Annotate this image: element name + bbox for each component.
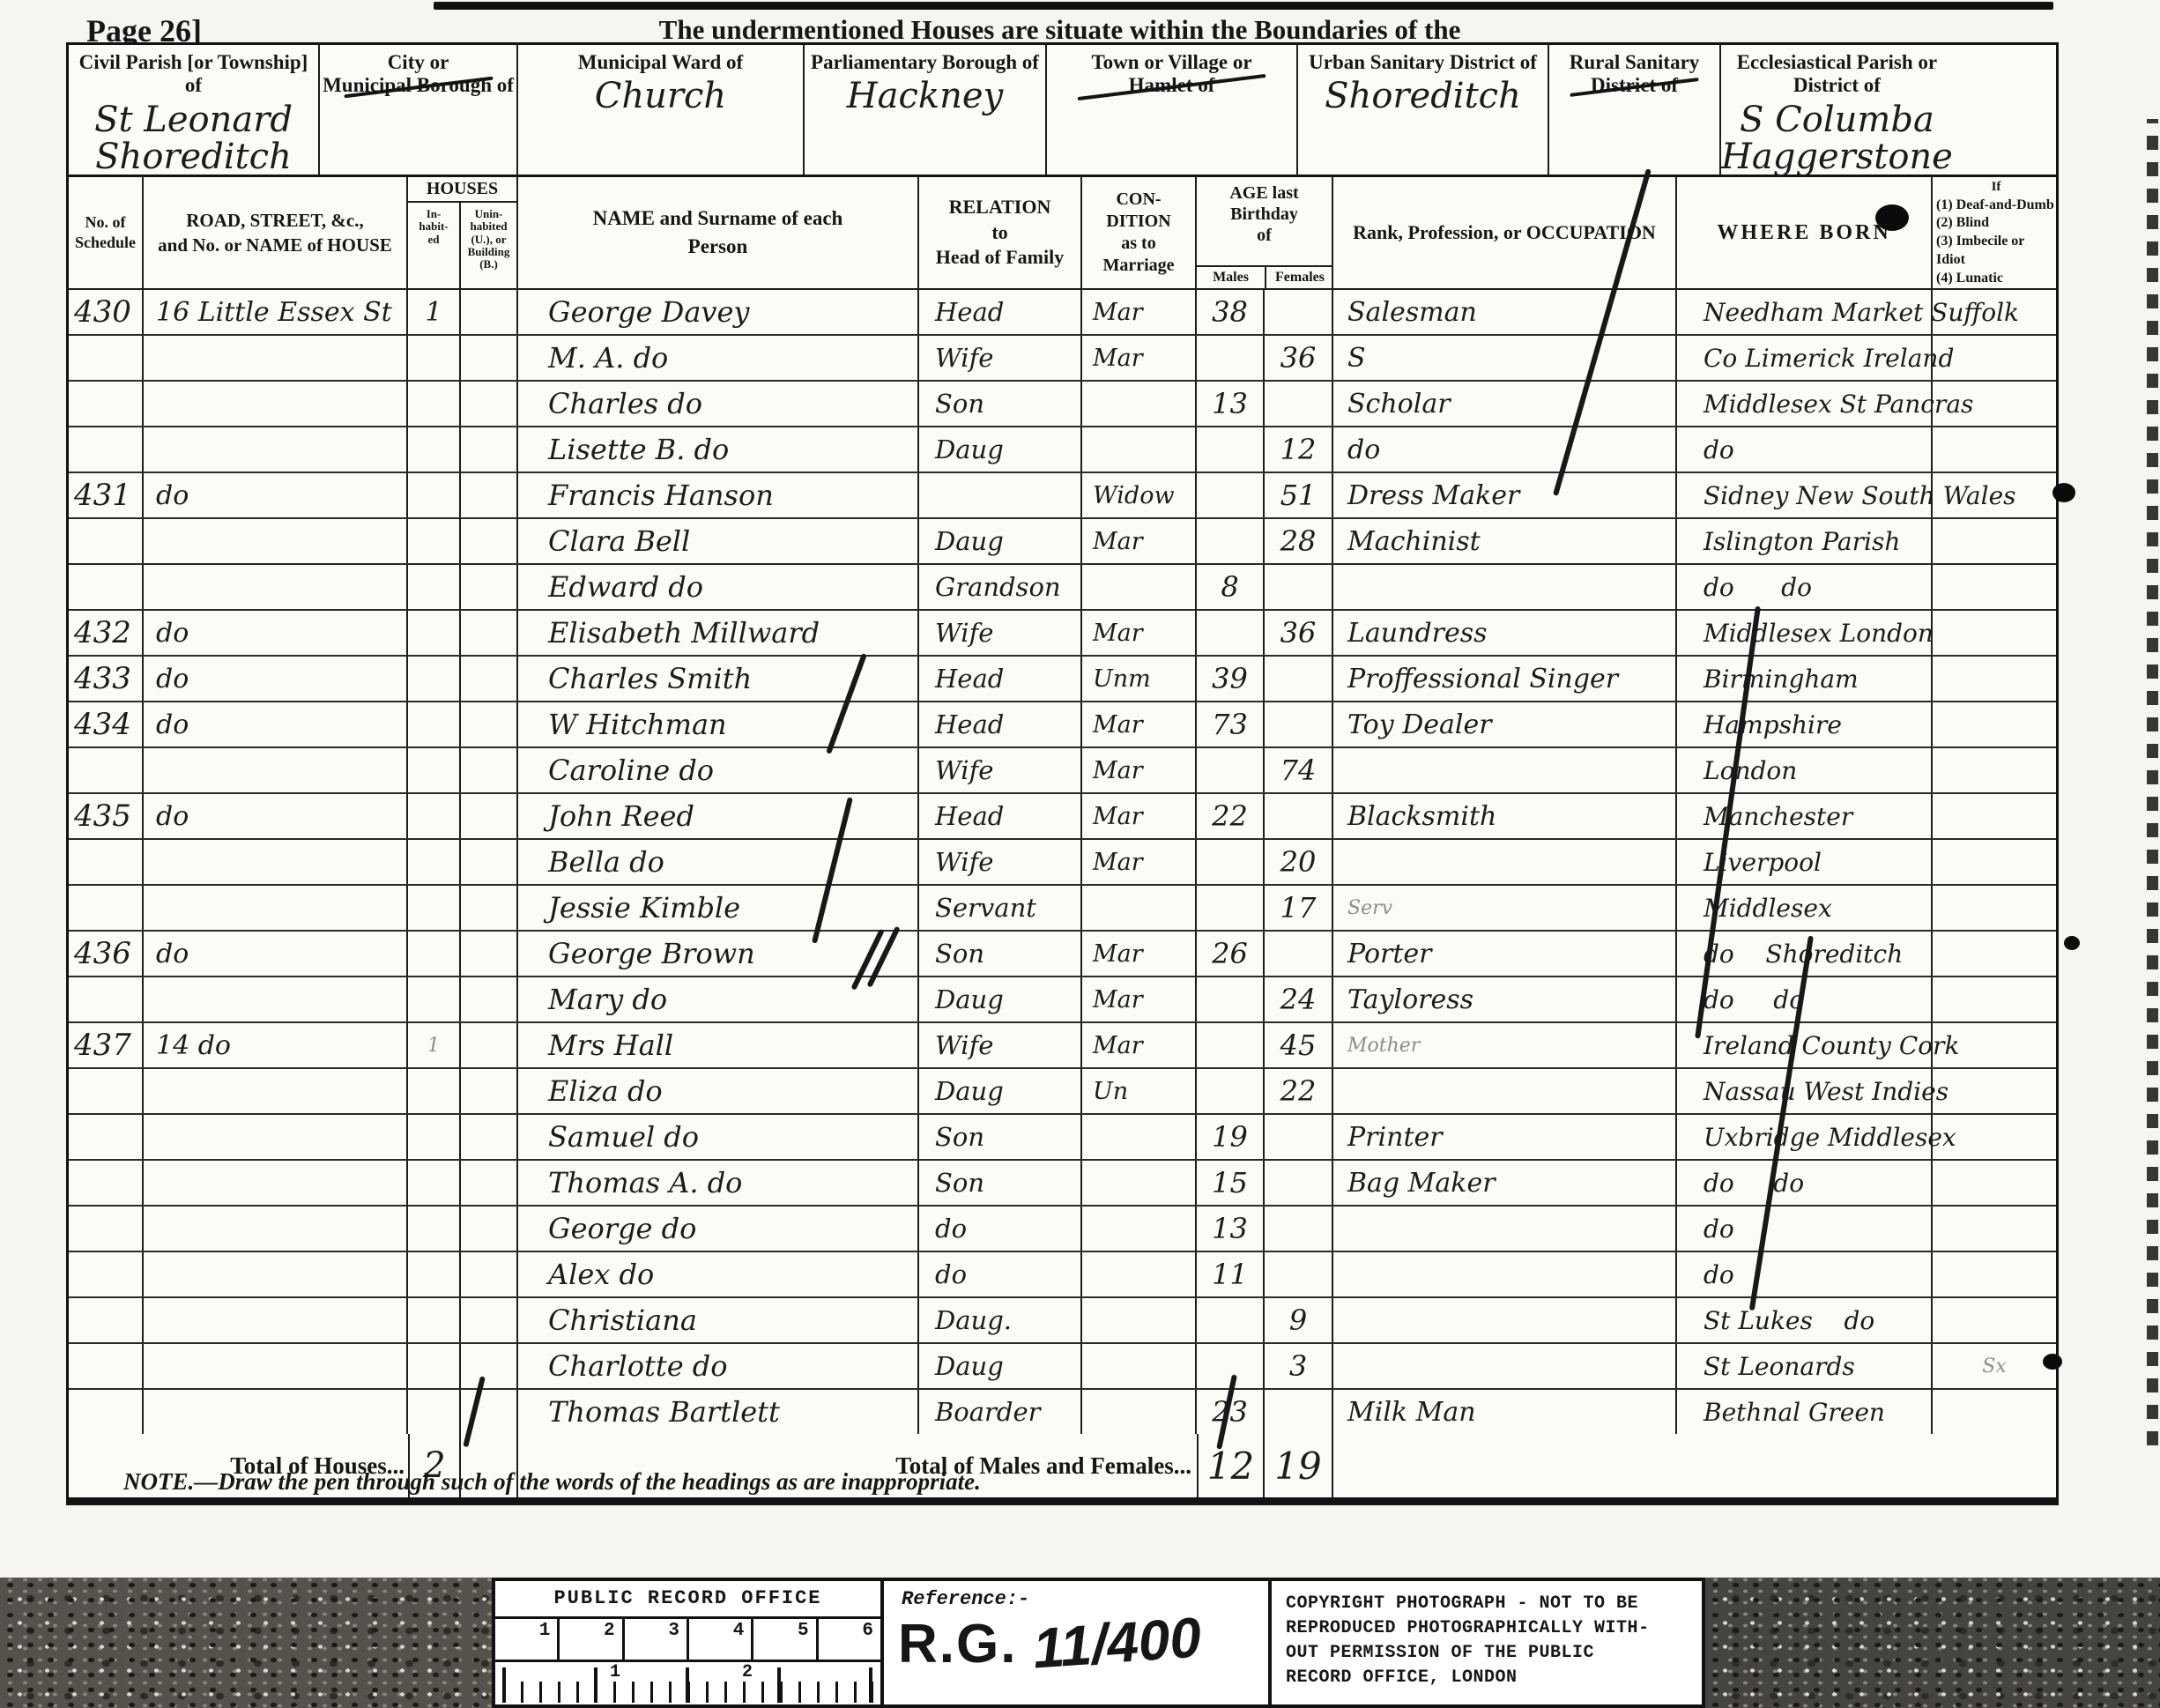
cell-uninhabited	[461, 1161, 518, 1205]
cell-relation: Wife	[919, 1023, 1082, 1067]
cell-road	[144, 1344, 408, 1388]
cell-infirmities	[1933, 519, 2056, 563]
cell-condition: Mar	[1082, 794, 1197, 838]
cell-schedule: 437	[69, 1023, 144, 1067]
cell-name: George Davey	[518, 290, 919, 334]
district-label: Parliamentary Borough of	[805, 51, 1045, 74]
cell-relation: Wife	[919, 336, 1082, 380]
cell-infirmities	[1933, 336, 2056, 380]
cell-road	[144, 336, 408, 380]
cell-condition	[1082, 1115, 1197, 1159]
cell-age-female: 3	[1265, 1344, 1333, 1388]
cell-uninhabited	[461, 886, 518, 930]
cell-age-male: 13	[1197, 1207, 1265, 1251]
cell-infirmities	[1933, 1390, 2056, 1434]
cell-condition: Mar	[1082, 1023, 1197, 1067]
reference-value: R.G. 11/400	[884, 1610, 1268, 1675]
cell-road: 14 do	[144, 1023, 408, 1067]
cell-age-female	[1265, 1390, 1333, 1434]
cell-age-female	[1265, 657, 1333, 701]
cell-age-female	[1265, 932, 1333, 976]
cell-condition: Mar	[1082, 519, 1197, 563]
cell-uninhabited	[461, 977, 518, 1021]
cell-infirmities	[1933, 1069, 2056, 1113]
cell-condition: Mar	[1082, 840, 1197, 884]
col-label: (1) Deaf-and-Dumb	[1936, 197, 2056, 215]
cell-condition: Mar	[1082, 336, 1197, 380]
reference-box: Reference:- R.G. 11/400	[884, 1578, 1272, 1708]
cell-relation: Boarder	[919, 1390, 1082, 1434]
copyright-line: RECORD OFFICE, LONDON	[1286, 1666, 1702, 1690]
table-row: Eliza do Daug Un 22 Nassau West Indies	[69, 1069, 2056, 1115]
cell-relation: Son	[919, 382, 1082, 426]
cell-road: 16 Little Essex St	[144, 290, 408, 334]
col-label: Birthday	[1197, 204, 1332, 225]
ink-blob	[2052, 483, 2075, 502]
cell-infirmities	[1933, 1023, 2056, 1067]
reference-prefix: R.G.	[898, 1614, 1017, 1675]
cell-road: do	[144, 932, 408, 976]
census-page-scan: Page 26] The undermentioned Houses are s…	[0, 0, 2160, 1708]
table-row: Jessie Kimble Servant 17 Serv Middlesex	[69, 886, 2056, 932]
cell-road: do	[144, 611, 408, 655]
cell-occupation: Tayloress	[1333, 977, 1677, 1021]
col-label: No. of	[69, 212, 142, 233]
district-value-handwritten: S Columba Haggerstone	[1721, 101, 1953, 175]
col-label: AGE last Birthday of	[1197, 177, 1332, 265]
cell-uninhabited	[461, 1207, 518, 1251]
cell-age-female: 36	[1265, 611, 1333, 655]
cell-schedule	[69, 336, 144, 380]
col-label: DITION	[1082, 211, 1195, 233]
district-cell: Civil Parish [or Township] of St Leonard…	[69, 45, 320, 175]
cell-age-male	[1197, 748, 1265, 792]
cell-condition: Mar	[1082, 932, 1197, 976]
cell-name: Caroline do	[518, 748, 919, 792]
cell-name: Thomas Bartlett	[518, 1390, 919, 1434]
cell-where-born: Needham Market Suffolk	[1677, 290, 1933, 334]
district-cell: City or Municipal Borough of	[320, 45, 518, 175]
cell-schedule	[69, 519, 144, 563]
cell-uninhabited	[461, 473, 518, 517]
cell-relation: Head	[919, 657, 1082, 701]
cell-inhabited: 1	[408, 290, 461, 334]
district-label: Rural Sanitary District of	[1549, 51, 1719, 98]
table-row: Thomas Bartlett Boarder 23 Milk Man Beth…	[69, 1390, 2056, 1434]
ruler-centimetres: 1 2	[495, 1662, 880, 1707]
col-label: as to	[1082, 233, 1195, 255]
cell-age-male: 8	[1197, 565, 1265, 609]
cell-age-male	[1197, 427, 1265, 472]
cell-where-born: Birmingham	[1677, 657, 1933, 701]
cell-schedule: 436	[69, 932, 144, 976]
district-cell: Rural Sanitary District of	[1549, 45, 1721, 175]
cell-inhabited	[408, 702, 461, 746]
cell-relation: do	[919, 1207, 1082, 1251]
cell-road	[144, 519, 408, 563]
cell-occupation: Porter	[1333, 932, 1677, 976]
cell-occupation: Machinist	[1333, 519, 1677, 563]
cell-age-female: 9	[1265, 1298, 1333, 1342]
cell-condition: Mar	[1082, 611, 1197, 655]
cell-inhabited	[408, 519, 461, 563]
district-cell: Ecclesiastical Parish or District of S C…	[1721, 45, 1953, 175]
cell-condition: Un	[1082, 1069, 1197, 1113]
cell-name: Jessie Kimble	[518, 886, 919, 930]
cell-inhabited	[408, 932, 461, 976]
cell-relation: Daug	[919, 1344, 1082, 1388]
cell-infirmities	[1933, 886, 2056, 930]
cell-name: Lisette B. do	[518, 427, 919, 472]
cell-name: Francis Hanson	[518, 473, 919, 517]
cell-age-female	[1265, 702, 1333, 746]
table-row: Mary do Daug Mar 24 Tayloress do do	[69, 977, 2056, 1023]
col-females-header: Females	[1266, 267, 1333, 288]
cell-age-female: 36	[1265, 336, 1333, 380]
cell-uninhabited	[461, 1115, 518, 1159]
cell-uninhabited	[461, 840, 518, 884]
cell-condition	[1082, 1252, 1197, 1296]
col-road-header: ROAD, STREET, &c., and No. or NAME of HO…	[144, 177, 408, 288]
cell-condition	[1082, 382, 1197, 426]
cell-infirmities	[1933, 1252, 2056, 1296]
col-name-header: NAME and Surname of each Person	[518, 177, 919, 288]
cell-road: do	[144, 702, 408, 746]
cell-condition	[1082, 565, 1197, 609]
cell-uninhabited	[461, 794, 518, 838]
cell-occupation: Mother	[1333, 1023, 1677, 1067]
cell-relation: Son	[919, 1115, 1082, 1159]
table-row: Charlotte do Daug 3 St Leonards Sx	[69, 1344, 2056, 1390]
cell-road	[144, 382, 408, 426]
cell-where-born: Ireland County Cork	[1677, 1023, 1933, 1067]
table-row: Thomas A. do Son 15 Bag Maker do do	[69, 1161, 2056, 1207]
table-row: 434 do W Hitchman Head Mar 73 Toy Dealer…	[69, 702, 2056, 748]
cell-inhabited	[408, 611, 461, 655]
cell-age-male: 26	[1197, 932, 1265, 976]
cell-where-born: Middlesex London	[1677, 611, 1933, 655]
cell-relation: Daug.	[919, 1298, 1082, 1342]
cell-relation: Wife	[919, 748, 1082, 792]
cell-uninhabited	[461, 519, 518, 563]
cell-relation: Head	[919, 794, 1082, 838]
table-row: Charles do Son 13 Scholar Middlesex St P…	[69, 382, 2056, 427]
ink-blob	[2064, 936, 2080, 950]
cell-uninhabited	[461, 1298, 518, 1342]
cell-age-male	[1197, 1298, 1265, 1342]
cell-occupation	[1333, 748, 1677, 792]
cell-uninhabited	[461, 748, 518, 792]
cell-road	[144, 1298, 408, 1342]
cell-inhabited	[408, 382, 461, 426]
cell-infirmities	[1933, 657, 2056, 701]
cell-age-male	[1197, 1069, 1265, 1113]
cell-road	[144, 565, 408, 609]
cell-uninhabited	[461, 1252, 518, 1296]
ink-blob	[2043, 1354, 2062, 1370]
cell-age-female	[1265, 290, 1333, 334]
table-row: 433 do Charles Smith Head Unm 39 Proffes…	[69, 657, 2056, 702]
cell-name: Samuel do	[518, 1115, 919, 1159]
scan-noise-left	[0, 1578, 492, 1708]
cell-where-born: do	[1677, 1252, 1933, 1296]
cell-uninhabited	[461, 657, 518, 701]
table-row: M. A. do Wife Mar 36 S Co Limerick Irela…	[69, 336, 2056, 382]
cell-occupation	[1333, 1207, 1677, 1251]
cell-age-female: 24	[1265, 977, 1333, 1021]
cell-age-male: 22	[1197, 794, 1265, 838]
cell-where-born: Hampshire	[1677, 702, 1933, 746]
table-row: Edward do Grandson 8 do do	[69, 565, 2056, 611]
cell-name: Alex do	[518, 1252, 919, 1296]
cell-schedule	[69, 427, 144, 472]
district-label: Civil Parish [or Township] of	[69, 51, 318, 98]
cell-schedule	[69, 1298, 144, 1342]
cell-relation: Wife	[919, 840, 1082, 884]
district-value-handwritten: Shoreditch	[1298, 78, 1548, 115]
table-row: Samuel do Son 19 Printer Uxbridge Middle…	[69, 1115, 2056, 1161]
cell-where-born: St Lukes do	[1677, 1298, 1933, 1342]
cell-occupation	[1333, 840, 1677, 884]
copyright-line: REPRODUCED PHOTOGRAPHICALLY WITH-	[1286, 1616, 1702, 1641]
cell-occupation: Serv	[1333, 886, 1677, 930]
cell-name: Mrs Hall	[518, 1023, 919, 1067]
ruler-inch-cell: 2	[560, 1619, 624, 1660]
cell-uninhabited	[461, 382, 518, 426]
cell-age-male: 13	[1197, 382, 1265, 426]
cell-condition: Mar	[1082, 748, 1197, 792]
cell-condition	[1082, 886, 1197, 930]
ruler-inches: 123456	[495, 1619, 880, 1662]
scan-edge-artifacts	[2147, 119, 2158, 1445]
page-title: The undermentioned Houses are situate wi…	[66, 14, 2053, 46]
cell-occupation	[1333, 1344, 1677, 1388]
cell-uninhabited	[461, 611, 518, 655]
cell-infirmities	[1933, 748, 2056, 792]
cell-infirmities	[1933, 794, 2056, 838]
district-label: Municipal Ward of	[518, 51, 803, 74]
col-label: Schedule	[69, 233, 142, 253]
cell-occupation	[1333, 1252, 1677, 1296]
ruler-inch-cell: 5	[753, 1619, 818, 1660]
cell-condition	[1082, 1298, 1197, 1342]
cell-where-born: Sidney New South Wales	[1677, 473, 1933, 517]
cell-inhabited	[408, 1298, 461, 1342]
cell-inhabited	[408, 473, 461, 517]
cell-inhabited	[408, 565, 461, 609]
table-row: Lisette B. do Daug 12 do do	[69, 427, 2056, 473]
cell-where-born: do	[1677, 427, 1933, 472]
cell-age-male	[1197, 611, 1265, 655]
cell-occupation	[1333, 1069, 1677, 1113]
cell-where-born: do	[1677, 1207, 1933, 1251]
cell-infirmities	[1933, 1298, 2056, 1342]
cell-where-born: Co Limerick Ireland	[1677, 336, 1933, 380]
col-label: Marriage	[1082, 255, 1195, 277]
cell-infirmities	[1933, 1207, 2056, 1251]
cell-condition	[1082, 1390, 1197, 1434]
district-cell: Town or Village or Hamlet of	[1047, 45, 1298, 175]
table-row: George do do 13 do	[69, 1207, 2056, 1252]
cell-relation: Daug	[919, 427, 1082, 472]
table-row: Bella do Wife Mar 20 Liverpool	[69, 840, 2056, 886]
cell-relation	[919, 473, 1082, 517]
copyright-line: OUT PERMISSION OF THE PUBLIC	[1286, 1641, 1702, 1666]
cell-road	[144, 1390, 408, 1434]
cell-infirmities	[1933, 932, 2056, 976]
col-label: HOUSES	[408, 177, 516, 203]
cell-age-male	[1197, 473, 1265, 517]
cell-schedule: 432	[69, 611, 144, 655]
cell-age-female: 28	[1265, 519, 1333, 563]
district-cell: Parliamentary Borough of Hackney	[805, 45, 1047, 175]
table-row: 437 14 do 1 Mrs Hall Wife Mar 45 Mother …	[69, 1023, 2056, 1069]
cell-schedule	[69, 565, 144, 609]
cell-road: do	[144, 473, 408, 517]
cell-condition: Unm	[1082, 657, 1197, 701]
cell-age-male: 38	[1197, 290, 1265, 334]
col-label: NAME and Surname of each	[518, 204, 917, 233]
col-label: RELATION	[919, 195, 1080, 220]
cell-inhabited	[408, 1252, 461, 1296]
table-row: Christiana Daug. 9 St Lukes do	[69, 1298, 2056, 1344]
district-cell: Urban Sanitary District of Shoreditch	[1298, 45, 1549, 175]
cell-name: George do	[518, 1207, 919, 1251]
cell-schedule	[69, 1344, 144, 1388]
cell-name: Charlotte do	[518, 1344, 919, 1388]
district-label: Urban Sanitary District of	[1298, 51, 1548, 74]
cell-road	[144, 886, 408, 930]
cell-relation: do	[919, 1252, 1082, 1296]
cell-age-male: 19	[1197, 1115, 1265, 1159]
cell-uninhabited	[461, 336, 518, 380]
cell-name: M. A. do	[518, 336, 919, 380]
cell-condition: Mar	[1082, 702, 1197, 746]
cell-schedule	[69, 748, 144, 792]
cell-occupation: Bag Maker	[1333, 1161, 1677, 1205]
cell-age-female	[1265, 382, 1333, 426]
cell-where-born: do do	[1677, 565, 1933, 609]
column-header-row: No. of Schedule ROAD, STREET, &c., and N…	[69, 177, 2056, 290]
col-label: (2) Blind	[1936, 214, 2056, 233]
cell-where-born: Uxbridge Middlesex	[1677, 1115, 1933, 1159]
col-occupation-header: Rank, Profession, or OCCUPATION	[1333, 177, 1677, 288]
cell-inhabited	[408, 794, 461, 838]
cell-schedule	[69, 1207, 144, 1251]
cell-road	[144, 977, 408, 1021]
district-header-row: Civil Parish [or Township] of St Leonard…	[69, 45, 2056, 177]
district-label: City or Municipal Borough of	[320, 51, 516, 98]
total-males-value: 12	[1197, 1434, 1265, 1497]
cell-age-male: 39	[1197, 657, 1265, 701]
cell-age-female: 20	[1265, 840, 1333, 884]
cell-condition	[1082, 427, 1197, 472]
cell-infirmities	[1933, 702, 2056, 746]
cell-age-male: 11	[1197, 1252, 1265, 1296]
cell-infirmities	[1933, 473, 2056, 517]
cell-name: Bella do	[518, 840, 919, 884]
cell-infirmities	[1933, 977, 2056, 1021]
cell-condition: Mar	[1082, 290, 1197, 334]
col-inhabited-header: In- habit- ed	[408, 203, 461, 288]
col-label: Person	[518, 233, 917, 261]
cell-road	[144, 1207, 408, 1251]
cell-schedule: 433	[69, 657, 144, 701]
cell-relation: Servant	[919, 886, 1082, 930]
cell-age-female	[1265, 794, 1333, 838]
cell-schedule	[69, 1390, 144, 1434]
cell-occupation: Salesman	[1333, 290, 1677, 334]
cell-condition	[1082, 1161, 1197, 1205]
archive-stamp-strip: PUBLIC RECORD OFFICE 123456 1 2 Referenc…	[0, 1578, 2160, 1708]
table-row: 435 do John Reed Head Mar 22 Blacksmith …	[69, 794, 2056, 840]
cell-inhabited	[408, 977, 461, 1021]
cell-inhabited: 1	[408, 1023, 461, 1067]
cell-age-female	[1265, 1161, 1333, 1205]
cell-schedule	[69, 1161, 144, 1205]
scan-top-bar	[434, 2, 2053, 10]
cell-occupation	[1333, 1298, 1677, 1342]
cell-relation: Son	[919, 1161, 1082, 1205]
cell-occupation: Proffessional Singer	[1333, 657, 1677, 701]
cell-where-born: Middlesex St Pancras	[1677, 382, 1933, 426]
cell-uninhabited	[461, 932, 518, 976]
cell-name: Charles do	[518, 382, 919, 426]
col-uninhabited-header: Unin- habited (U.), or Building (B.)	[461, 203, 516, 288]
district-value-handwritten: Church	[518, 78, 803, 115]
cell-where-born: St Leonards	[1677, 1344, 1933, 1388]
cell-name: Elisabeth Millward	[518, 611, 919, 655]
cell-inhabited	[408, 336, 461, 380]
cell-relation: Head	[919, 290, 1082, 334]
cell-inhabited	[408, 427, 461, 472]
cell-occupation: Blacksmith	[1333, 794, 1677, 838]
col-label: ROAD, STREET, &c.,	[144, 208, 406, 233]
col-condition-header: CON- DITION as to Marriage	[1082, 177, 1197, 288]
cell-infirmities	[1933, 565, 2056, 609]
cell-age-female: 51	[1265, 473, 1333, 517]
col-houses-header: HOUSES In- habit- ed Unin- habited (U.),…	[408, 177, 518, 288]
cell-infirmities	[1933, 382, 2056, 426]
ruler-inch-cell: 4	[689, 1619, 753, 1660]
cell-uninhabited	[461, 702, 518, 746]
cell-uninhabited	[461, 565, 518, 609]
cell-name: Christiana	[518, 1298, 919, 1342]
cell-infirmities	[1933, 611, 2056, 655]
cell-where-born: Bethnal Green	[1677, 1390, 1933, 1434]
cell-age-female	[1265, 565, 1333, 609]
col-label: AGE last	[1197, 182, 1332, 204]
district-cell: Municipal Ward of Church	[518, 45, 805, 175]
cell-infirmities: Sx	[1933, 1344, 2056, 1388]
total-females-value: 19	[1265, 1434, 1333, 1497]
col-label: and No. or NAME of HOUSE	[144, 233, 406, 257]
cell-relation: Daug	[919, 519, 1082, 563]
cell-where-born: Manchester	[1677, 794, 1933, 838]
reference-number: 11/400	[1031, 1604, 1204, 1681]
cell-road: do	[144, 794, 408, 838]
cell-age-male	[1197, 886, 1265, 930]
ruler-inch-cell: 6	[819, 1619, 880, 1660]
cell-uninhabited	[461, 290, 518, 334]
col-label: If	[1936, 179, 2056, 197]
ink-blob	[1875, 204, 1909, 231]
ruler-cm-number: 2	[742, 1662, 753, 1682]
cell-road	[144, 1161, 408, 1205]
col-label: (3) Imbecile or Idiot	[1936, 233, 2056, 270]
cell-age-male: 15	[1197, 1161, 1265, 1205]
cell-name: W Hitchman	[518, 702, 919, 746]
